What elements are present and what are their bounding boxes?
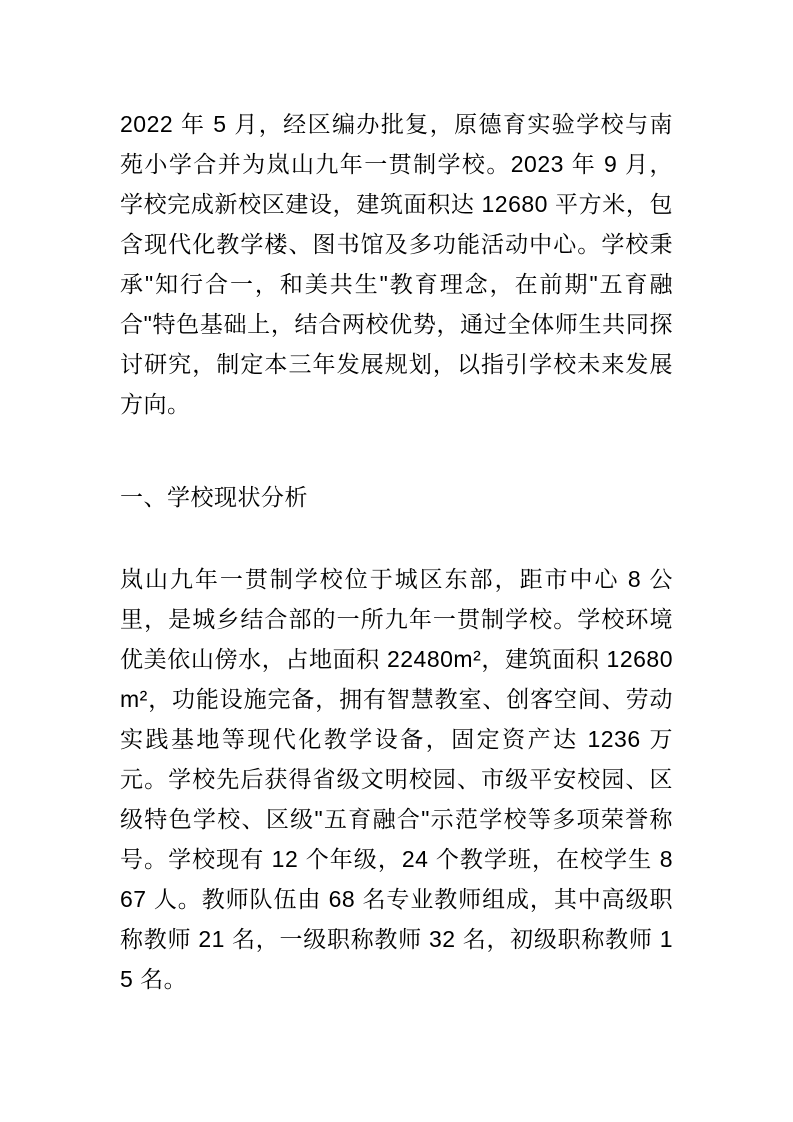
paragraph-school-status: 岚山九年一贯制学校位于城区东部，距市中心 8 公里，是城乡结合部的一所九年一贯制… xyxy=(120,559,673,999)
section-heading-status-analysis: 一、学校现状分析 xyxy=(120,477,673,517)
paragraph-school-intro: 2022 年 5 月，经区编办批复，原德育实验学校与南苑小学合并为岚山九年一贯制… xyxy=(120,104,673,424)
document-page: 2022 年 5 月，经区编办批复，原德育实验学校与南苑小学合并为岚山九年一贯制… xyxy=(0,0,793,1122)
